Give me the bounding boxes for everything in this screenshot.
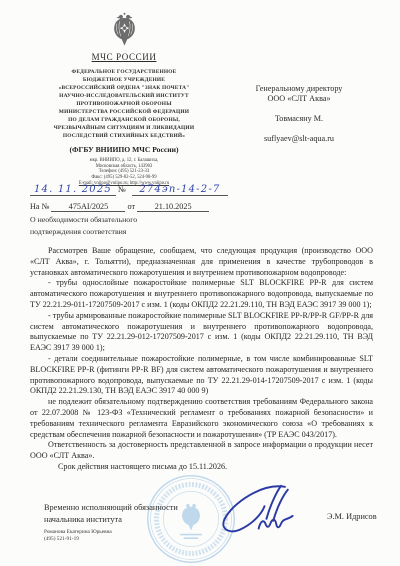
recipient-company: ООО «СЛТ Аква» — [238, 94, 360, 104]
org-full-line: ЧРЕЗВЫЧАЙНЫМ СИТУАЦИЯМ И ЛИКВИДАЦИИ — [14, 124, 234, 132]
mchs-double-eagle-emblem-icon — [111, 12, 138, 47]
handwritten-signature-icon — [199, 480, 297, 546]
body-paragraph: - трубы армированные пожаростойкие полим… — [30, 311, 373, 354]
signer-position-line: Временно исполняющий обязанности — [44, 502, 178, 514]
recipient-block: Генеральному директору ООО «СЛТ Аква» То… — [238, 84, 360, 144]
from-label: от — [128, 202, 136, 211]
org-full-line: ПОСЛЕДСТВИЙ СТИХИЙНЫХ БЕДСТВИЙ» — [14, 132, 234, 140]
recipient-email: suflyaev@slt-aqua.ru — [238, 134, 360, 144]
org-full-line: БЮДЖЕТНОЕ УЧРЕЖДЕНИЕ — [14, 76, 234, 84]
body-paragraph: Срок действия настоящего письма до 15.11… — [30, 462, 373, 473]
org-short-name: МЧС РОССИИ — [14, 52, 234, 62]
outgoing-ref-row: 14. 11. 2025 № 274эп-14-2-7 — [30, 184, 245, 199]
org-full-line: МИНИСТЕРСТВА РОССИЙСКОЙ ФЕДЕРАЦИИ — [14, 108, 234, 116]
subject-line: подтверждения соответствия — [30, 226, 220, 238]
executor-phone: (495) 521-91-19 — [44, 536, 112, 543]
signer-position-line: начальника института — [44, 514, 178, 526]
body-paragraph: не подлежит обязательному подтверждению … — [30, 397, 373, 440]
body-paragraph: Ответственность за достоверность предста… — [30, 440, 373, 462]
reply-to-label: На № — [30, 202, 49, 211]
signer-position: Временно исполняющий обязанности начальн… — [44, 502, 178, 525]
org-full-line: ПО ДЕЛАМ ГРАЖДАНСКОЙ ОБОРОНЫ, — [14, 116, 234, 124]
org-full-name: ФЕДЕРАЛЬНОЕ ГОСУДАРСТВЕННОЕ БЮДЖЕТНОЕ УЧ… — [14, 68, 234, 140]
org-full-line: НАУЧНО-ИССЛЕДОВАТЕЛЬСКИЙ ИНСТИТУТ — [14, 92, 234, 100]
letter-body: Рассмотрев Ваше обращение, сообщаем, что… — [30, 246, 373, 473]
body-paragraph: - детали соединительные пожаростойкие по… — [30, 354, 373, 397]
incoming-number: 475АI/2025 — [51, 202, 125, 212]
executor-name: Романова Екатерина Юрьевна — [44, 529, 112, 536]
org-full-line: ПРОТИВОПОЖАРНОЙ ОБОРОНЫ — [14, 100, 234, 108]
recipient-person: Товмасяну М. — [238, 114, 360, 124]
letter-page: МЧС РОССИИ ФЕДЕРАЛЬНОЕ ГОСУДАРСТВЕННОЕ Б… — [0, 0, 400, 566]
subject-block: О необходимости обязательного подтвержде… — [30, 214, 220, 237]
org-full-line: «ВСЕРОССИЙСКИЙ ОРДЕНА "ЗНАК ПОЧЕТА" — [14, 84, 234, 92]
org-full-line: ФЕДЕРАЛЬНОЕ ГОСУДАРСТВЕННОЕ — [14, 68, 234, 76]
org-abbreviation: (ФГБУ ВНИИПО МЧС России) — [14, 145, 234, 154]
signer-name: Э.М. Идрисов — [327, 512, 377, 521]
letterhead: МЧС РОССИИ ФЕДЕРАЛЬНОЕ ГОСУДАРСТВЕННОЕ Б… — [14, 12, 234, 187]
reference-block: 14. 11. 2025 № 274эп-14-2-7 На № 475АI/2… — [30, 184, 245, 212]
executor-contact: Романова Екатерина Юрьевна (495) 521-91-… — [44, 529, 112, 542]
number-sign-label: № — [118, 185, 126, 194]
org-address-block: мкр. ВНИИПО, д. 12, г. Балашиха, Московс… — [14, 158, 234, 187]
outgoing-number-handwritten: 274эп-14-2-7 — [132, 184, 228, 196]
recipient-title: Генеральному директору — [238, 84, 360, 94]
incoming-ref-row: На № 475АI/2025 от 21.10.2025 — [30, 202, 245, 212]
body-paragraph: Рассмотрев Ваше обращение, сообщаем, что… — [30, 246, 373, 278]
subject-line: О необходимости обязательного — [30, 214, 220, 226]
outgoing-date-handwritten: 14. 11. 2025 — [30, 184, 116, 196]
body-paragraph: - трубы однослойные пожаростойкие полиме… — [30, 278, 373, 310]
incoming-date: 21.10.2025 — [137, 202, 209, 212]
